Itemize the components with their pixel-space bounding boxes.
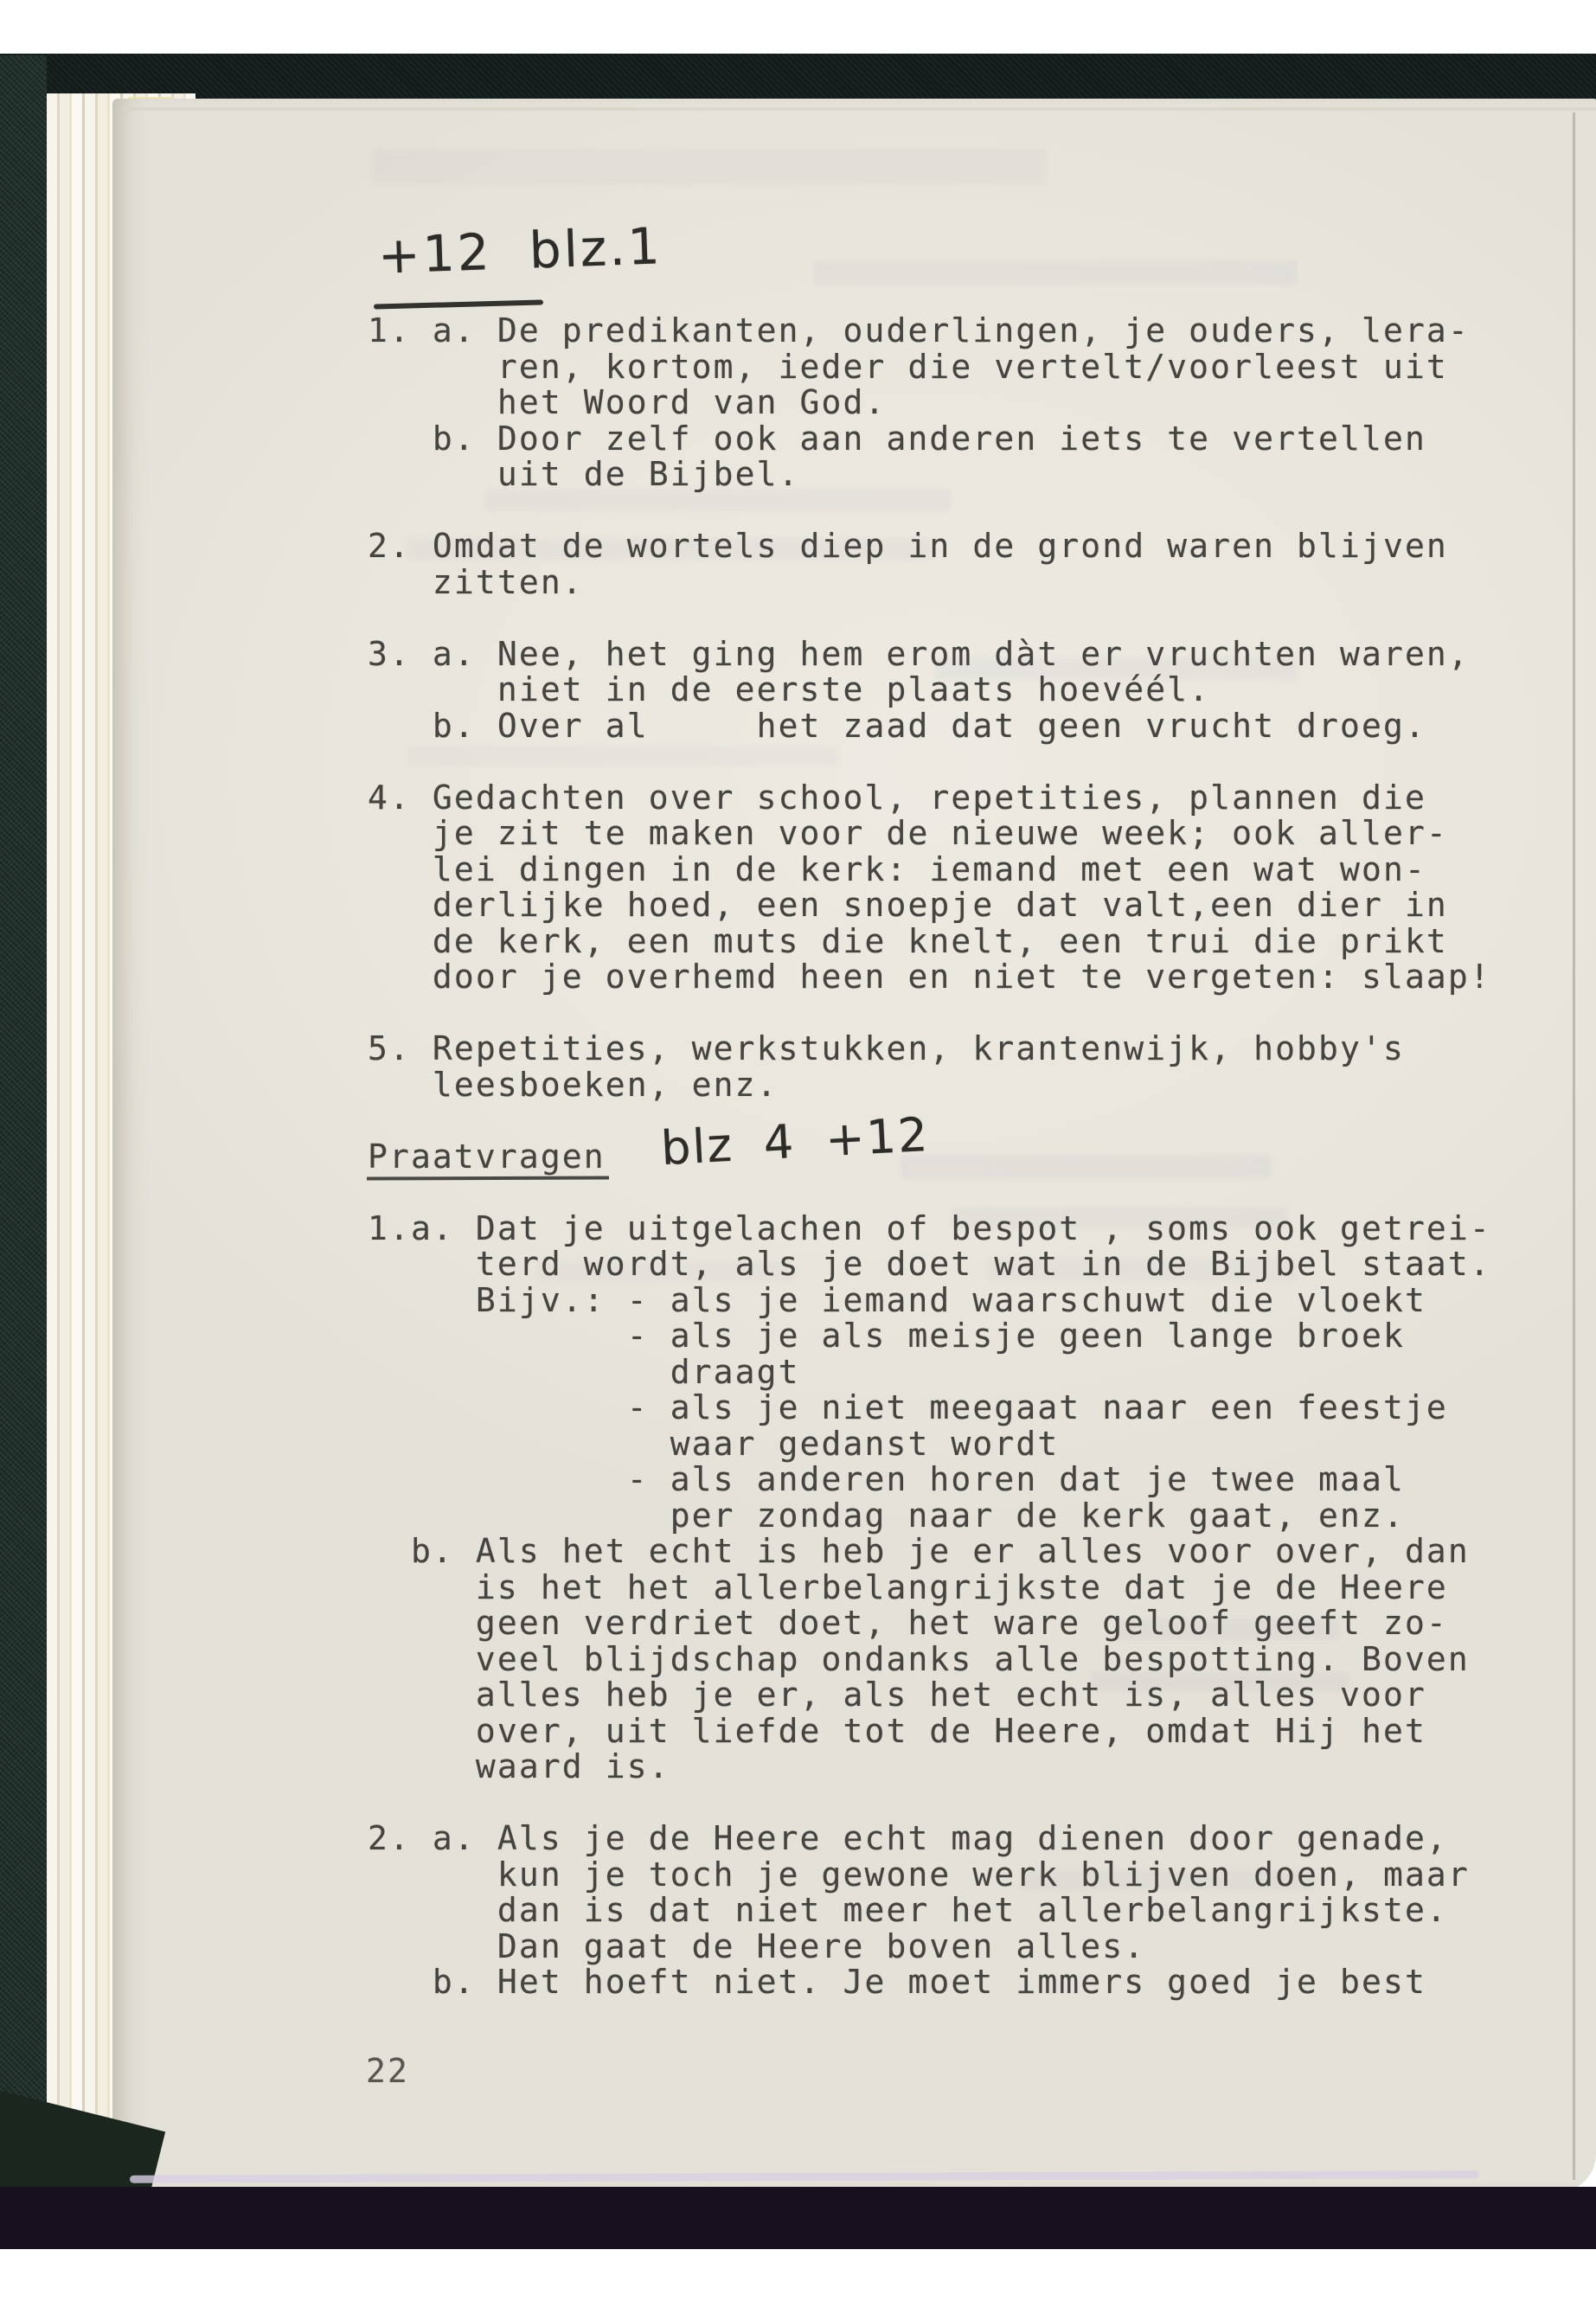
scan-bottom-shadow-band: [0, 2187, 1596, 2251]
page-number: 22: [366, 2052, 409, 2090]
scanner-background-strip: [0, 2249, 1596, 2301]
page-right-edge-line: [1573, 112, 1575, 2180]
handwritten-note-top: +12 blz.1: [377, 216, 663, 285]
scanned-book-page-photo: +12 blz.1 1. a. De predikanten, ouderlin…: [0, 0, 1596, 2301]
page-top-edge-line: [121, 107, 1596, 111]
bleed-through-mark: [372, 149, 1047, 185]
bleed-through-mark: [813, 260, 1298, 285]
book-cover-spine: [0, 55, 47, 2218]
